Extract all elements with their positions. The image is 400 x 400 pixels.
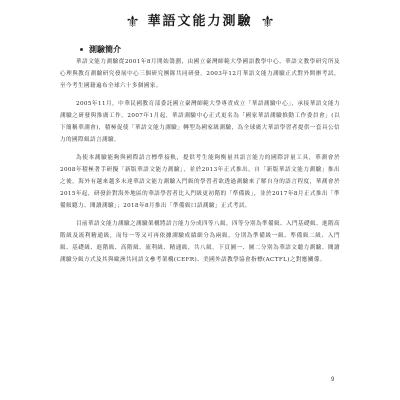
fleur-de-lis-icon-right: ⚜ — [259, 14, 277, 30]
paragraph-1: 華語文能力測驗從2001年8月開始籌劃，由國立臺灣師範大學國語教學中心、華語文教… — [60, 56, 340, 92]
page-header: ⚜ 華語文能力測驗 ⚜ — [0, 12, 400, 32]
section-heading-text: 測驗簡介 — [89, 44, 121, 54]
page-title: 華語文能力測驗 — [147, 14, 252, 30]
section-heading: 測驗簡介 — [80, 44, 121, 54]
bullet-icon — [80, 48, 83, 51]
page-number: 9 — [331, 377, 334, 383]
paragraph-4: 目前華語文能力測驗之測驗架構將語言能力分成四等八級，四等分別為準備級、入門基礎級… — [60, 218, 340, 266]
paragraph-3: 為使本測驗能夠與國際語言標準接軌，提供考生能夠衡量其語言能力的國際評量工具，華測… — [60, 152, 340, 212]
paragraph-2: 2005年11月，中華民國教育部委託國立臺灣師範大學專責成立「華語測驗中心」，承… — [60, 98, 340, 146]
document-page: ⚜ 華語文能力測驗 ⚜ 測驗簡介 華語文能力測驗從2001年8月開始籌劃，由國立… — [0, 0, 400, 400]
body-text: 華語文能力測驗從2001年8月開始籌劃，由國立臺灣師範大學國語教學中心、華語文教… — [60, 56, 340, 272]
fleur-de-lis-icon-left: ⚜ — [123, 14, 141, 30]
